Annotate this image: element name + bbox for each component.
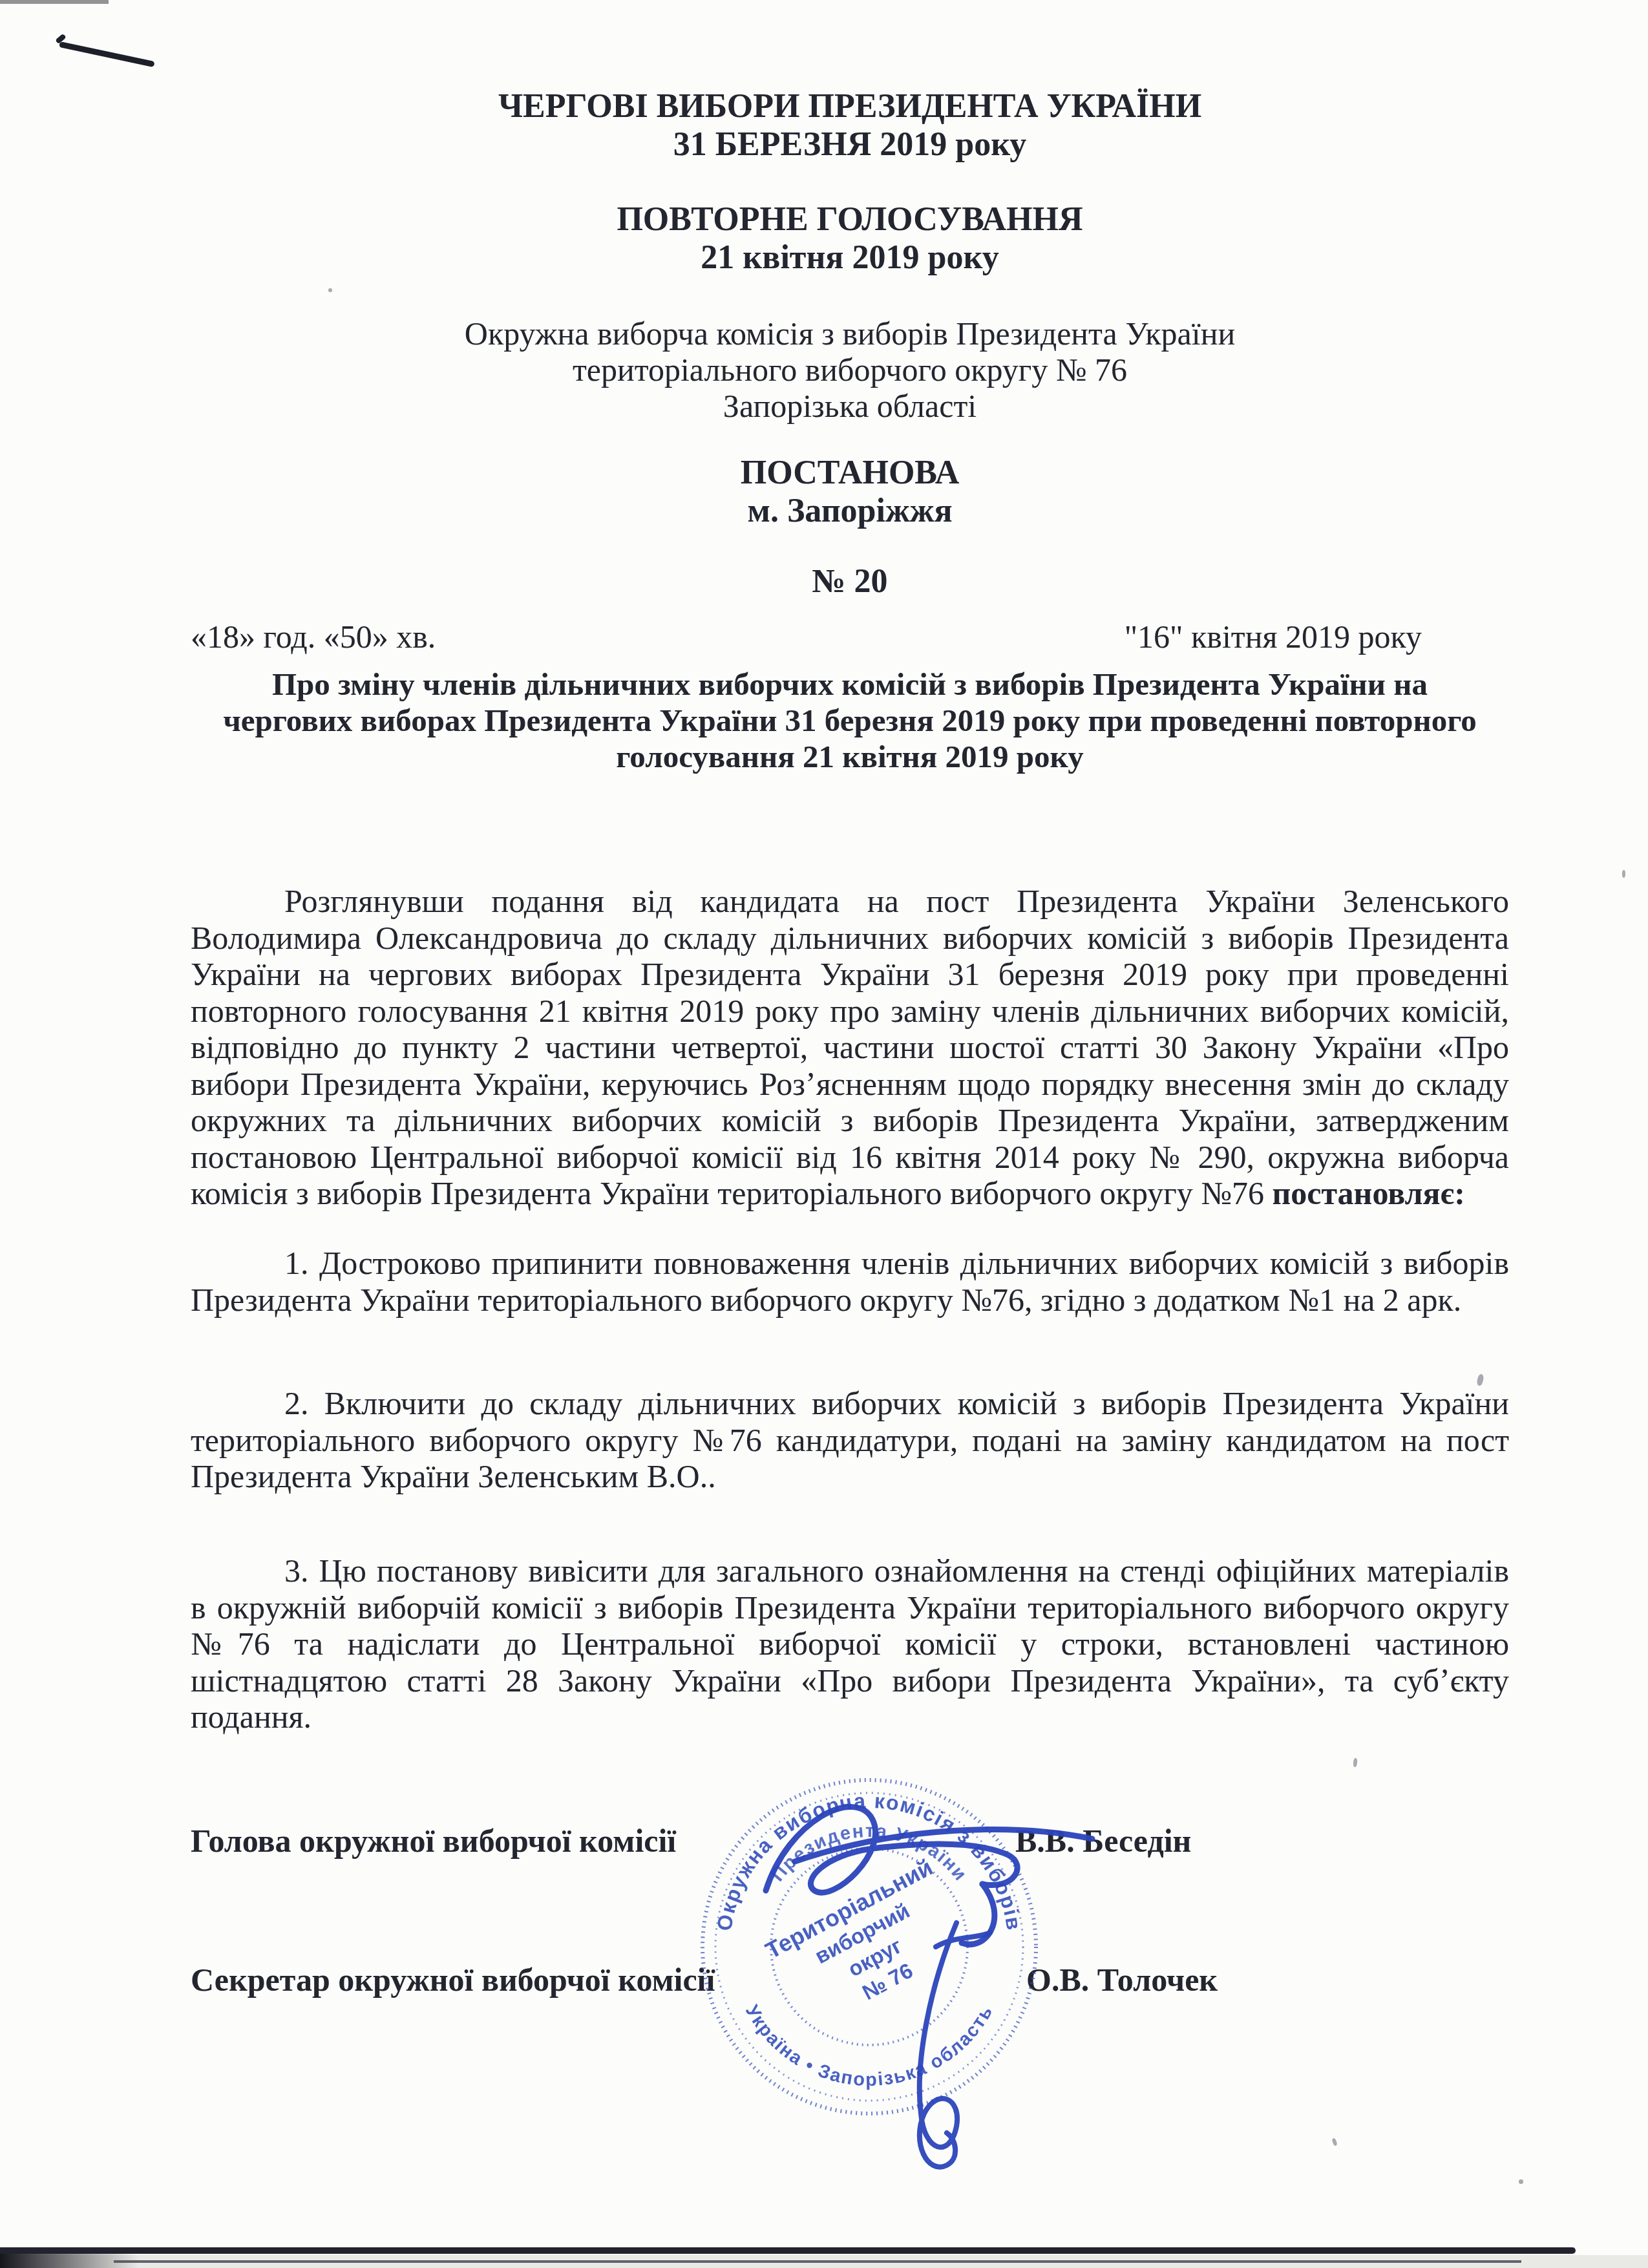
subject-line1: Про зміну членів дільничних виборчих ком… [191,666,1509,703]
document-type-block: ПОСТАНОВА м. Запоріжжя [191,454,1509,530]
election-title-line2: 31 БЕРЕЗНЯ 2019 року [191,125,1509,164]
scan-speck [328,288,332,292]
document-type: ПОСТАНОВА [191,454,1509,492]
election-title: ЧЕРГОВІ ВИБОРИ ПРЕЗИДЕНТА УКРАЇНИ 31 БЕР… [191,87,1509,164]
scan-bottom-line-thin [114,2260,1521,2263]
scan-speck [1519,2179,1523,2184]
secretary-signature-ink [860,1907,1028,2185]
secretary-title: Секретар окружної виборчої комісії [191,1962,715,1998]
commission-name-line2: територіального виборчого округу № 76 [191,352,1509,388]
document-number: № 20 [191,562,1509,600]
secretary-name: О.В. Толочек [1026,1962,1218,1998]
repeat-voting-line1: ПОВТОРНЕ ГОЛОСУВАННЯ [191,200,1509,238]
document-date: "16" квітня 2019 року [1125,619,1422,655]
scan-edge-artifact [0,0,109,4]
intro-paragraph-text: Розглянувши подання від кандидата на пос… [191,883,1509,1211]
scanned-resolution-page: ЧЕРГОВІ ВИБОРИ ПРЕЗИДЕНТА УКРАЇНИ 31 БЕР… [0,0,1648,2268]
subject-line2: чергових виборах Президента України 31 б… [191,703,1509,739]
head-title: Голова окружної виборчої комісії [191,1823,676,1859]
repeat-voting-title: ПОВТОРНЕ ГОЛОСУВАННЯ 21 квітня 2019 року [191,200,1509,277]
document-time: «18» год. «50» хв. [191,619,436,655]
scan-bottom-line [0,2247,1576,2254]
resolution-item-1: 1. Достроково припинити повноваження чле… [191,1245,1509,1318]
document-city: м. Запоріжжя [191,492,1509,530]
resolution-item-2: 2. Включити до складу дільничних виборчи… [191,1385,1509,1495]
intro-paragraph-resolves: постановляє: [1272,1175,1464,1211]
subject-line3: голосування 21 квітня 2019 року [191,739,1509,775]
commission-name-line3: Запорізька області [191,388,1509,424]
resolution-item-3: 3. Цю постанову вивісити для загального … [191,1553,1509,1735]
commission-name-line1: Окружна виборча комісія з виборів Презид… [191,315,1509,352]
intro-paragraph: Розглянувши подання від кандидата на пос… [191,883,1509,1212]
commission-name: Окружна виборча комісія з виборів Презид… [191,315,1509,424]
repeat-voting-line2: 21 квітня 2019 року [191,238,1509,277]
pen-scratch-artifact [59,41,155,67]
scan-speck [1622,870,1625,878]
election-title-line1: ЧЕРГОВІ ВИБОРИ ПРЕЗИДЕНТА УКРАЇНИ [191,87,1509,125]
subject-heading: Про зміну членів дільничних виборчих ком… [191,666,1509,775]
